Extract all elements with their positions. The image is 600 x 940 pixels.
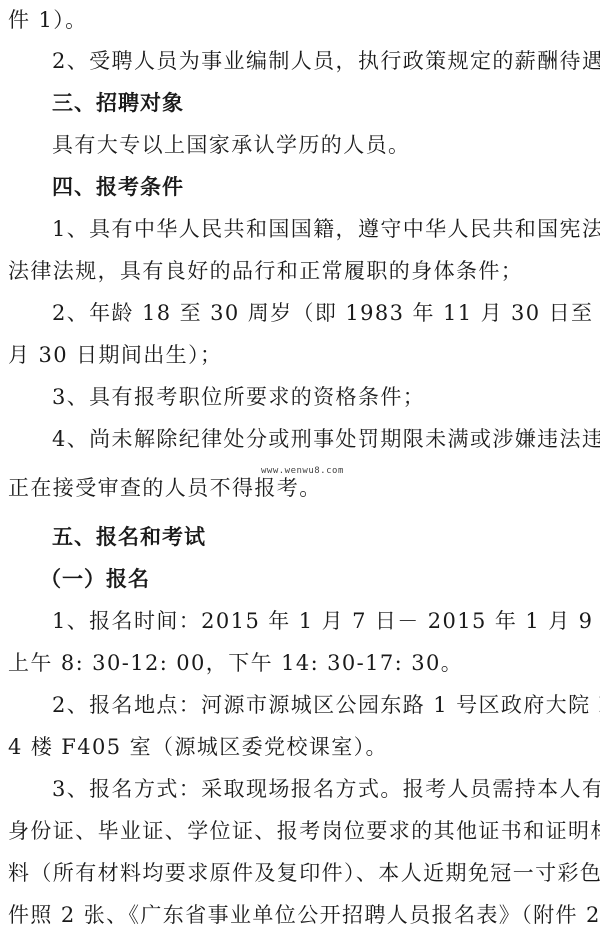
condition-4-line-2: 正在接受审查的人员不得报考。	[8, 472, 600, 504]
registration-method-line-2: 身份证、毕业证、学位证、报考岗位要求的其他证书和证明材	[8, 815, 600, 847]
registration-location-line-2: 4 楼 F405 室（源城区委党校课室）。	[8, 731, 600, 763]
section-heading-conditions: 四、报考条件	[52, 171, 600, 203]
registration-location-line-1: 2、报名地点：河源市源城区公园东路 1 号区政府大院 F 栋	[52, 689, 600, 721]
paragraph-salary: 2、受聘人员为事业编制人员，执行政策规定的薪酬待遇。	[52, 45, 600, 77]
registration-method-line-1: 3、报名方式：采取现场报名方式。报考人员需持本人有效	[52, 773, 600, 805]
condition-1-line-2: 法律法规，具有良好的品行和正常履职的身体条件；	[8, 255, 600, 287]
condition-2-line-1: 2、年龄 18 至 30 周岁（即 1983 年 11 月 30 日至 1996…	[52, 297, 600, 329]
registration-method-line-4: 件照 2 张、《广东省事业单位公开招聘人员报名表》（附件 2，填	[8, 899, 600, 931]
section-heading-registration-exam: 五、报名和考试	[52, 521, 600, 553]
text-line-attachment-ref: 件 1）。	[8, 4, 600, 36]
registration-method-line-3: 料（所有材料均要求原件及复印件）、本人近期免冠一寸彩色证	[8, 857, 600, 889]
condition-3: 3、具有报考职位所要求的资格条件；	[52, 381, 600, 413]
section-heading-recruitment-target: 三、招聘对象	[52, 87, 600, 119]
subsection-heading-registration: （一）报名	[40, 563, 600, 595]
registration-time-line-2: 上午 8: 30-12: 00，下午 14: 30-17: 30。	[8, 647, 600, 679]
registration-time-line-1: 1、报名时间：2015 年 1 月 7 日－ 2015 年 1 月 9 日，每天	[52, 605, 600, 637]
paragraph-target: 具有大专以上国家承认学历的人员。	[52, 129, 600, 161]
document-page: 件 1）。 2、受聘人员为事业编制人员，执行政策规定的薪酬待遇。 三、招聘对象 …	[0, 0, 600, 940]
condition-4-line-1: 4、尚未解除纪律处分或刑事处罚期限未满或涉嫌违法违纪	[52, 423, 600, 455]
condition-1-line-1: 1、具有中华人民共和国国籍，遵守中华人民共和国宪法和	[52, 213, 600, 245]
condition-2-line-2: 月 30 日期间出生）；	[8, 339, 600, 371]
